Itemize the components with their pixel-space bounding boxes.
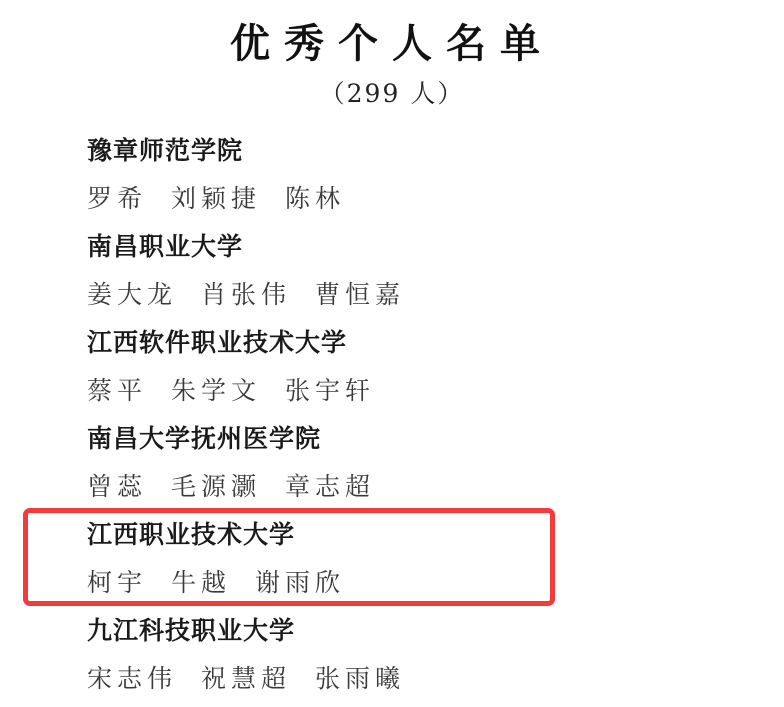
- person-name: 肖张伟: [201, 280, 291, 309]
- person-name: 张宇轩: [285, 376, 375, 405]
- page-title: 优秀个人名单: [0, 12, 784, 69]
- person-name: 曹恒嘉: [315, 280, 405, 309]
- honor-list: 豫章师范学院 罗希刘颖捷陈林 南昌职业大学 姜大龙肖张伟曹恒嘉 江西软件职业技术…: [87, 130, 429, 706]
- person-name: 姜大龙: [87, 280, 177, 309]
- person-name: 蔡平: [87, 376, 147, 405]
- person-name: 张雨曦: [315, 664, 405, 693]
- unit-people: 曾蕊毛源灏章志超: [87, 466, 429, 514]
- unit-people: 蔡平朱学文张宇轩: [87, 370, 429, 418]
- unit-name: 南昌职业大学: [87, 226, 429, 274]
- person-name: 曾蕊: [87, 472, 147, 501]
- person-name: 毛源灏: [171, 472, 261, 501]
- unit-name: 南昌大学抚州医学院: [87, 418, 429, 466]
- person-name: 祝慧超: [201, 664, 291, 693]
- unit-people: 宋志伟祝慧超张雨曦: [87, 658, 429, 706]
- red-highlight-box: [23, 508, 555, 606]
- person-name: 宋志伟: [87, 664, 177, 693]
- unit-name: 九江科技职业大学: [87, 610, 429, 658]
- unit-people: 姜大龙肖张伟曹恒嘉: [87, 274, 429, 322]
- unit-people: 罗希刘颖捷陈林: [87, 178, 429, 226]
- unit-name: 豫章师范学院: [87, 130, 429, 178]
- person-name: 陈林: [285, 184, 345, 213]
- people-count: （299 人）: [0, 74, 784, 110]
- person-name: 朱学文: [171, 376, 261, 405]
- unit-name: 江西软件职业技术大学: [87, 322, 429, 370]
- person-name: 章志超: [285, 472, 375, 501]
- person-name: 刘颖捷: [171, 184, 261, 213]
- person-name: 罗希: [87, 184, 147, 213]
